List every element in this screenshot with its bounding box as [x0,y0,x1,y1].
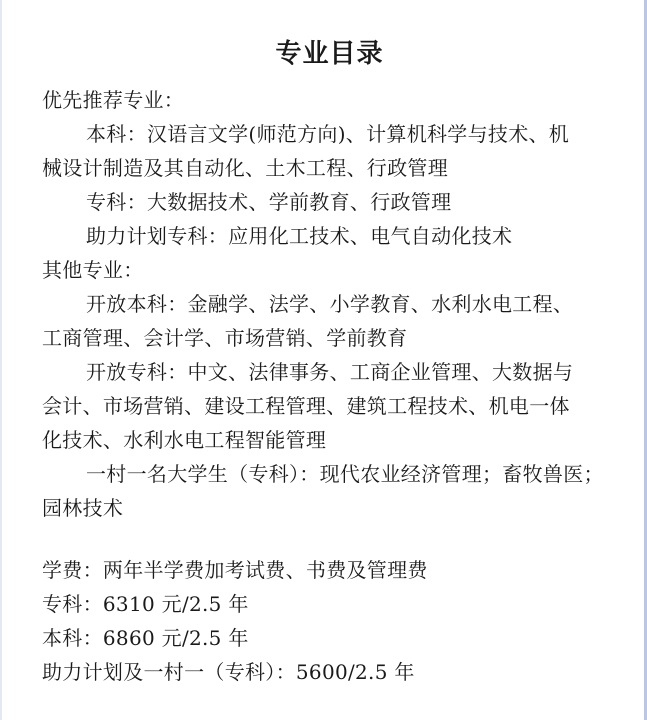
priority-heading: 优先推荐专业： [42,86,184,114]
open-zhuanke-line1: 开放专科：中文、法律事务、工商企业管理、大数据与 [86,358,573,386]
priority-benke-line1: 本科：汉语言文学(师范方向)、计算机科学与技术、机 [86,120,569,148]
fees-heading: 学费：两年半学费加考试费、书费及管理费 [42,556,428,584]
ycym-line1: 一村一名大学生（专科）：现代农业经济管理；畜牧兽医； [86,460,604,488]
priority-benke-line2: 械设计制造及其自动化、土木工程、行政管理 [42,154,448,182]
open-zhuanke-line2: 会计、市场营销、建设工程管理、建筑工程技术、机电一体 [42,392,570,420]
fees-zhuanke: 专科：6310 元/2.5 年 [42,590,249,618]
other-heading: 其他专业： [42,256,144,284]
open-benke-line1: 开放本科：金融学、法学、小学教育、水利水电工程、 [86,290,573,318]
page-title: 专业目录 [42,37,617,71]
priority-zhuanke: 专科：大数据技术、学前教育、行政管理 [86,188,451,216]
ycym-line2: 园林技术 [42,494,123,522]
priority-zhuli: 助力计划专科：应用化工技术、电气自动化技术 [86,222,512,250]
open-benke-line2: 工商管理、会计学、市场营销、学前教育 [42,324,407,352]
open-zhuanke-line3: 化技术、水利水电工程智能管理 [42,426,326,454]
left-border [0,0,2,720]
fees-benke: 本科：6860 元/2.5 年 [42,624,249,652]
fees-zhuli-ycym: 助力计划及一村一（专科）：5600/2.5 年 [42,658,415,686]
